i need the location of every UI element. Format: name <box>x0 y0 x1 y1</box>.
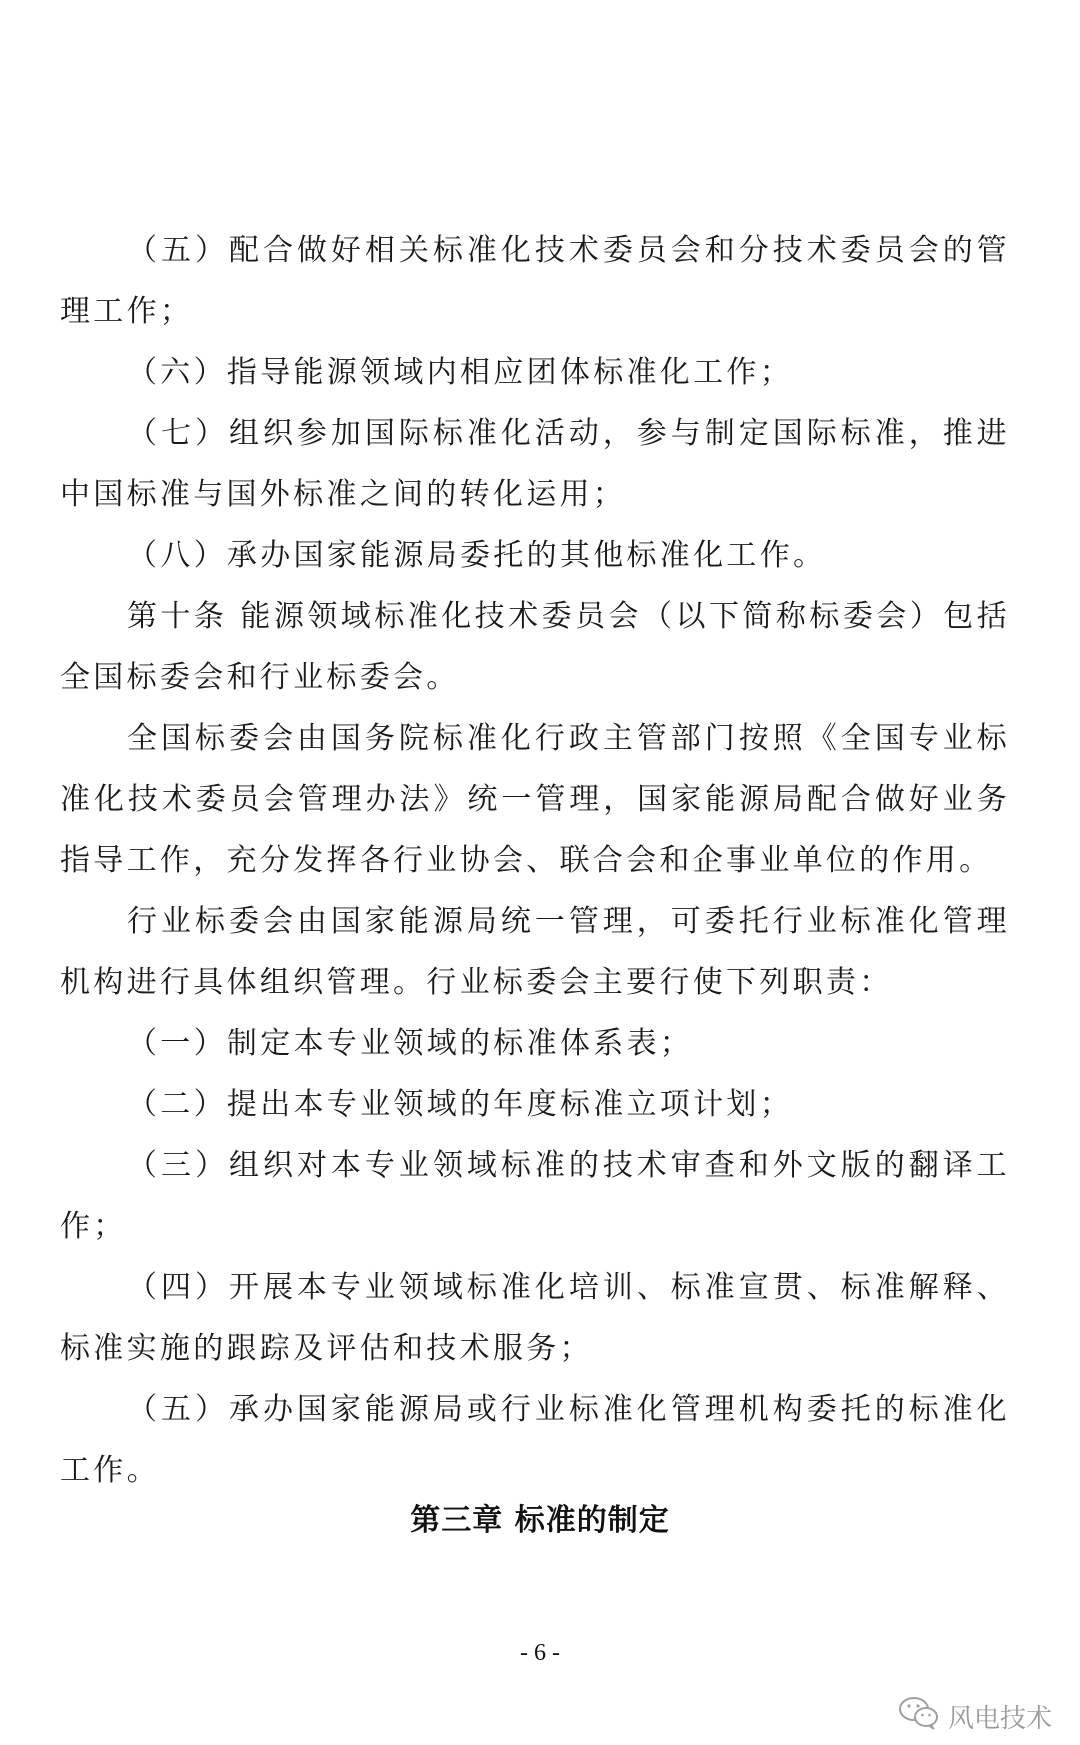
chapter-heading: 第三章 标准的制定 <box>0 1495 1080 1539</box>
paragraph: （五）配合做好相关标准化技术委员会和分技术委员会的管理工作； <box>60 220 1010 342</box>
paragraph: （五）承办国家能源局或行业标准化管理机构委托的标准化工作。 <box>60 1379 1010 1501</box>
paragraph: 全国标委会由国务院标准化行政主管部门按照《全国专业标准化技术委员会管理办法》统一… <box>60 708 1010 891</box>
paragraph: （四）开展本专业领域标准化培训、标准宣贯、标准解释、标准实施的跟踪及评估和技术服… <box>60 1257 1010 1379</box>
wechat-icon <box>898 1695 942 1738</box>
page-number: - 6 - <box>0 1640 1080 1667</box>
paragraph: （八）承办国家能源局委托的其他标准化工作。 <box>60 525 1010 586</box>
paragraph: （七）组织参加国际标准化活动，参与制定国际标准，推进中国标准与国外标准之间的转化… <box>60 403 1010 525</box>
paragraph: （一）制定本专业领域的标准体系表； <box>60 1013 1010 1074</box>
body-text: （五）配合做好相关标准化技术委员会和分技术委员会的管理工作； （六）指导能源领域… <box>60 220 1010 1501</box>
paragraph: （六）指导能源领域内相应团体标准化工作； <box>60 342 1010 403</box>
watermark-text: 风电技术 <box>948 1698 1052 1735</box>
paragraph: 第十条 能源领域标准化技术委员会（以下简称标委会）包括全国标委会和行业标委会。 <box>60 586 1010 708</box>
paragraph: 行业标委会由国家能源局统一管理，可委托行业标准化管理机构进行具体组织管理。行业标… <box>60 891 1010 1013</box>
document-page: （五）配合做好相关标准化技术委员会和分技术委员会的管理工作； （六）指导能源领域… <box>0 0 1080 1745</box>
paragraph: （三）组织对本专业领域标准的技术审查和外文版的翻译工作； <box>60 1135 1010 1257</box>
paragraph: （二）提出本专业领域的年度标准立项计划； <box>60 1074 1010 1135</box>
watermark: 风电技术 <box>898 1695 1052 1738</box>
